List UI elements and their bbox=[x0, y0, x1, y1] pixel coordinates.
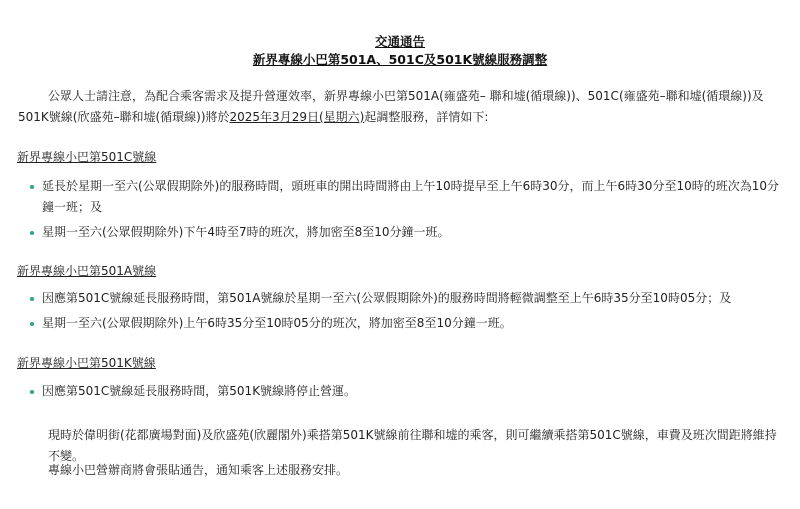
section-heading-501c: 新界專線小巴第501C號線 bbox=[17, 148, 156, 165]
list-item-text: 延長於星期一至六(公眾假期除外)的服務時間，頭班車的開出時間將由上午10時提早至… bbox=[42, 179, 779, 214]
bullet-dot-icon bbox=[30, 390, 34, 394]
list-item-text: 因應第501C號線延長服務時間，第501K號線將停止營運。 bbox=[42, 384, 356, 398]
bullet-dot-icon bbox=[30, 297, 34, 301]
intro-text-after: 起調整服務，詳情如下: bbox=[364, 110, 488, 124]
bullet-list-501a: 因應第501C號線延長服務時間，第501A號線於星期一至六(公眾假期除外)的服務… bbox=[0, 288, 800, 338]
list-item-text: 因應第501C號線延長服務時間，第501A號線於星期一至六(公眾假期除外)的服務… bbox=[42, 291, 731, 305]
list-item: 延長於星期一至六(公眾假期除外)的服務時間，頭班車的開出時間將由上午10時提早至… bbox=[0, 176, 800, 218]
bullet-list-501k: 因應第501C號線延長服務時間，第501K號線將停止營運。 bbox=[0, 381, 800, 406]
section-heading-501a: 新界專線小巴第501A號線 bbox=[17, 262, 156, 279]
list-item: 因應第501C號線延長服務時間，第501K號線將停止營運。 bbox=[0, 381, 800, 402]
bullet-dot-icon bbox=[30, 185, 34, 189]
bullet-list-501c: 延長於星期一至六(公眾假期除外)的服務時間，頭班車的開出時間將由上午10時提早至… bbox=[0, 176, 800, 247]
bullet-dot-icon bbox=[30, 322, 34, 326]
list-item: 星期一至六(公眾假期除外)上午6時35分至10時05分的班次，將加密至8至10分… bbox=[0, 313, 800, 334]
operator-notice-paragraph: 專線小巴營辦商將會張貼通告，通知乘客上述服務安排。 bbox=[48, 460, 788, 481]
list-item: 因應第501C號線延長服務時間，第501A號線於星期一至六(公眾假期除外)的服務… bbox=[0, 288, 800, 309]
list-item: 星期一至六(公眾假期除外)下午4時至7時的班次，將加密至8至10分鐘一班。 bbox=[0, 222, 800, 243]
effective-date: 2025年3月29日(星期六) bbox=[230, 110, 365, 124]
notice-subtitle: 新界專線小巴第501A、501C及501K號線服務調整 bbox=[0, 50, 800, 68]
section-heading-501k: 新界專線小巴第501K號線 bbox=[17, 354, 156, 371]
list-item-text: 星期一至六(公眾假期除外)下午4時至7時的班次，將加密至8至10分鐘一班。 bbox=[42, 225, 450, 239]
bullet-dot-icon bbox=[30, 231, 34, 235]
list-item-text: 星期一至六(公眾假期除外)上午6時35分至10時05分的班次，將加密至8至10分… bbox=[42, 316, 512, 330]
notice-title: 交通通告 bbox=[0, 32, 800, 50]
intro-paragraph: 公眾人士請注意，為配合乘客需求及提升營運效率，新界專線小巴第501A(雍盛苑– … bbox=[18, 86, 788, 128]
